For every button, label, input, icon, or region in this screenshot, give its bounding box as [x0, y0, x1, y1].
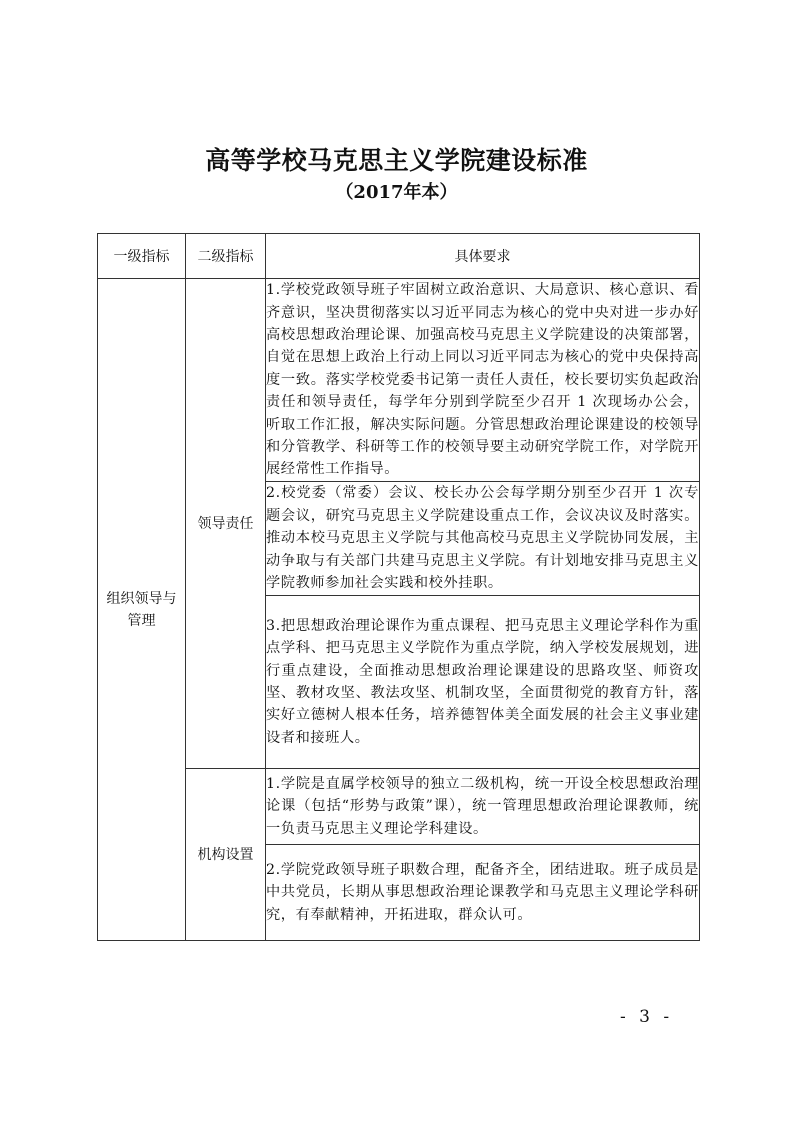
- requirement-cell: 2.校党委（常委）会议、校长办公会每学期分别至少召开 1 次专题会议，研究马克思…: [266, 482, 700, 596]
- level1-cell: 组织领导与管理: [98, 279, 186, 941]
- table-row: 组织领导与管理 领导责任 1.学校党政领导班子牢固树立政治意识、大局意识、核心意…: [98, 279, 700, 482]
- header-level2: 二级指标: [186, 234, 266, 279]
- table-header-row: 一级指标 二级指标 具体要求: [98, 234, 700, 279]
- requirement-cell: 3.把思想政治理论课作为重点课程、把马克思主义理论学科作为重点学科、把马克思主义…: [266, 596, 700, 769]
- document-title: 高等学校马克思主义学院建设标准: [0, 141, 793, 177]
- level2-label: 领导责任: [198, 516, 254, 532]
- page-number: - 3 -: [620, 1007, 673, 1027]
- header-level1: 一级指标: [98, 234, 186, 279]
- standards-table: 一级指标 二级指标 具体要求 组织领导与管理 领导责任 1.学校党政领导班子牢固…: [97, 233, 700, 941]
- level2-cell-leadership: 领导责任: [186, 279, 266, 769]
- requirement-cell: 1.学校党政领导班子牢固树立政治意识、大局意识、核心意识、看齐意识，坚决贯彻落实…: [266, 279, 700, 482]
- requirement-cell: 2.学院党政领导班子职数合理，配备齐全，团结进取。班子成员是中共党员，长期从事思…: [266, 845, 700, 941]
- level1-label: 组织领导与管理: [107, 591, 177, 629]
- document-subtitle: （2017年本）: [0, 178, 793, 204]
- table-row: 机构设置 1.学院是直属学校领导的独立二级机构，统一开设全校思想政治理论课（包括…: [98, 769, 700, 845]
- header-requirements: 具体要求: [266, 234, 700, 279]
- level2-cell-organization: 机构设置: [186, 769, 266, 941]
- requirement-cell: 1.学院是直属学校领导的独立二级机构，统一开设全校思想政治理论课（包括“形势与政…: [266, 769, 700, 845]
- level2-label: 机构设置: [198, 847, 254, 863]
